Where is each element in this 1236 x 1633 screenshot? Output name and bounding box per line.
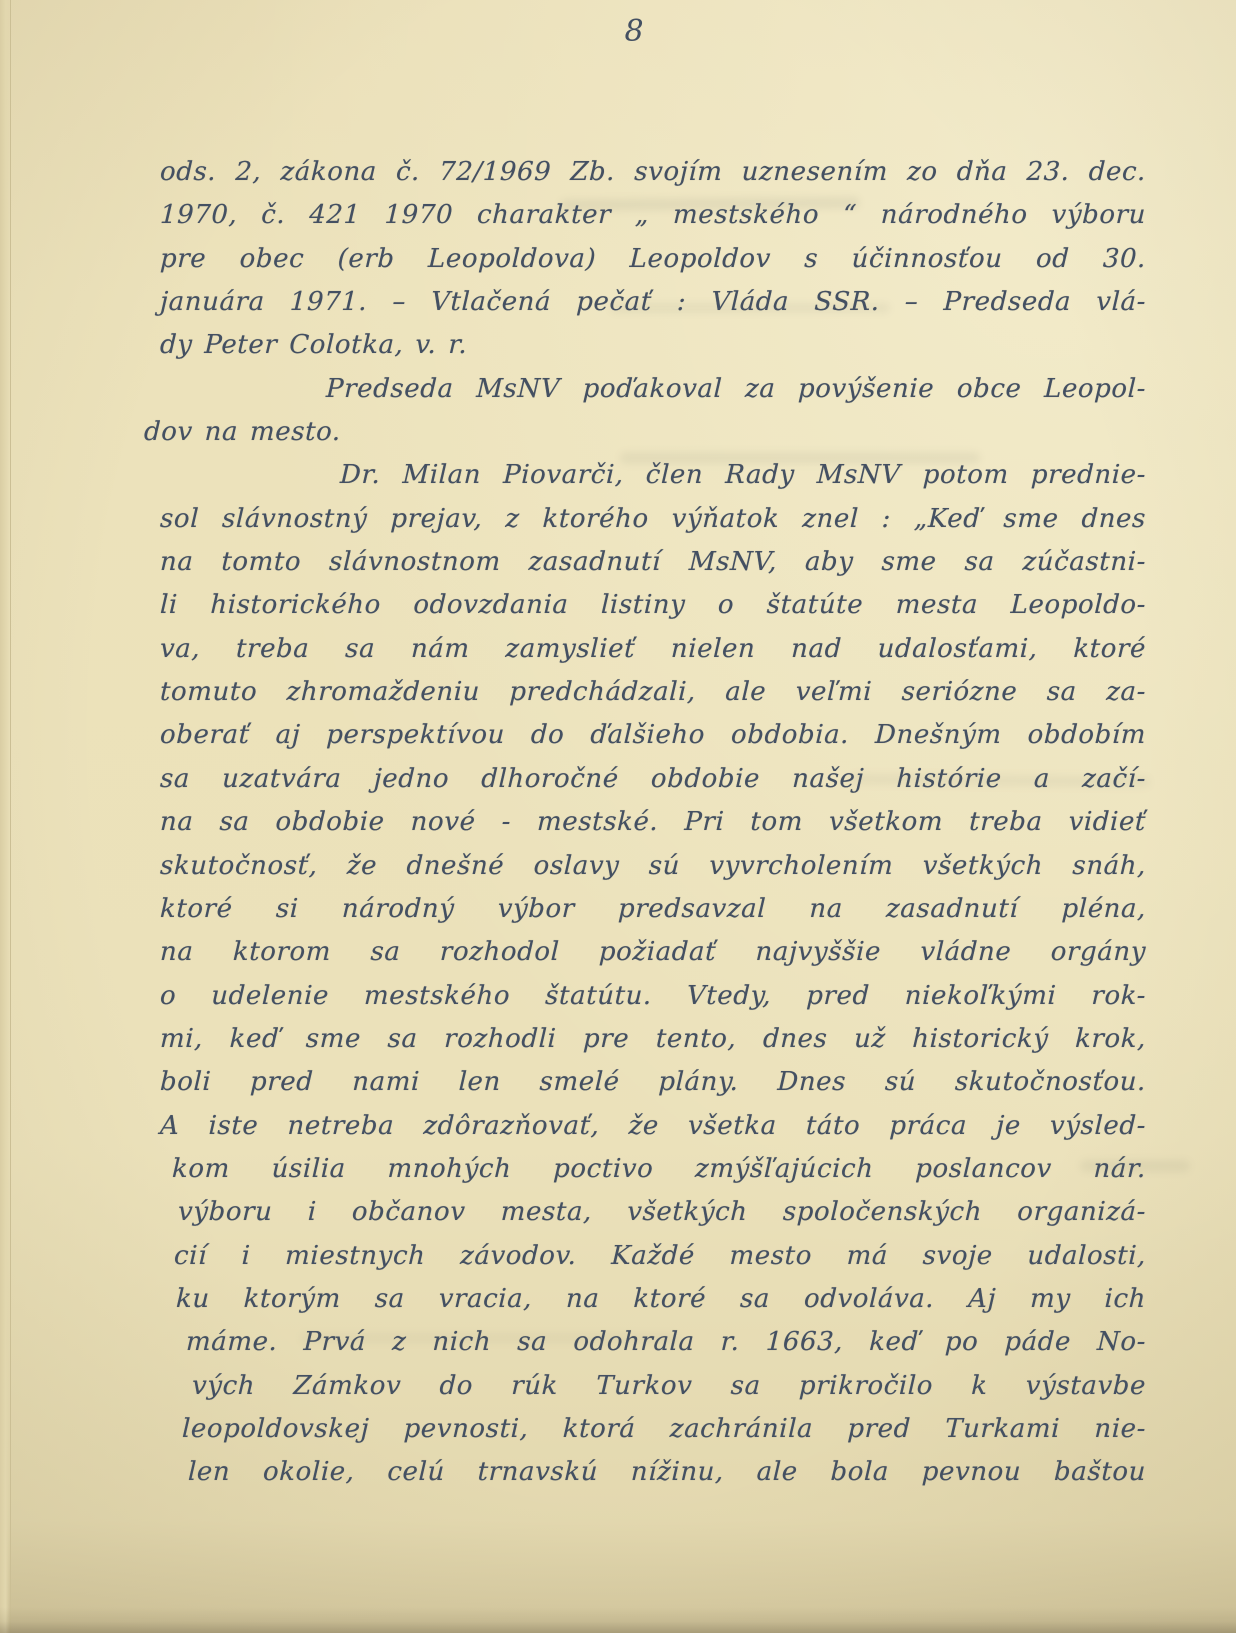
manuscript-line: Dr. Milan Piovarči, člen Rady MsNV potom… <box>159 454 1147 497</box>
manuscript-line: tomuto zhromaždeniu predchádzali, ale ve… <box>159 671 1147 714</box>
manuscript-line: leopoldovskej pevnosti, ktorá zachránila… <box>159 1408 1147 1451</box>
manuscript-line: li historického odovzdania listiny o šta… <box>159 584 1147 627</box>
manuscript-line: skutočnosť, že dnešné oslavy sú vyvrchol… <box>159 845 1147 888</box>
page-bottom-edge-shadow <box>0 1607 1236 1633</box>
manuscript-line: na tomto slávnostnom zasadnutí MsNV, aby… <box>159 541 1147 584</box>
manuscript-line: dov na mesto. <box>159 411 1147 454</box>
manuscript-line: len okolie, celú trnavskú nížinu, ale bo… <box>159 1451 1147 1494</box>
manuscript-line: ktoré si národný výbor predsavzal na zas… <box>159 888 1147 931</box>
manuscript-line: výboru i občanov mesta, všetkých spoloče… <box>159 1191 1147 1234</box>
manuscript-line: sa uzatvára jedno dlhoročné obdobie naše… <box>159 758 1147 801</box>
manuscript-page: 8 ods. 2, zákona č. 72/1969 Zb. svojím u… <box>0 0 1236 1633</box>
manuscript-line: kom úsilia mnohých poctivo zmýšľajúcich … <box>159 1148 1147 1191</box>
manuscript-line: boli pred nami len smelé plány. Dnes sú … <box>159 1061 1147 1104</box>
manuscript-line: A iste netreba zdôrazňovať, že všetka tá… <box>159 1105 1147 1148</box>
manuscript-line: na ktorom sa rozhodol požiadať najvyššie… <box>159 931 1147 974</box>
page-left-edge-shadow <box>0 0 11 1633</box>
manuscript-line: pre obec (erb Leopoldova) Leopoldov s úč… <box>159 238 1147 281</box>
manuscript-line: mi, keď sme sa rozhodli pre tento, dnes … <box>159 1018 1147 1061</box>
manuscript-line: januára 1971. – Vtlačená pečať : Vláda S… <box>159 281 1147 324</box>
manuscript-line: 1970, č. 421 1970 charakter „ mestského … <box>159 194 1147 237</box>
manuscript-line: ods. 2, zákona č. 72/1969 Zb. svojím uzn… <box>159 151 1147 194</box>
manuscript-text-block: ods. 2, zákona č. 72/1969 Zb. svojím uzn… <box>160 151 1146 1495</box>
manuscript-line: ku ktorým sa vracia, na ktoré sa odvoláv… <box>159 1278 1147 1321</box>
manuscript-line: dy Peter Colotka, v. r. <box>159 324 1147 367</box>
manuscript-line: oberať aj perspektívou do ďalšieho obdob… <box>159 714 1147 757</box>
manuscript-line: cií i miestnych závodov. Každé mesto má … <box>159 1235 1147 1278</box>
manuscript-line: na sa obdobie nové - mestské. Pri tom vš… <box>159 801 1147 844</box>
manuscript-line: máme. Prvá z nich sa odohrala r. 1663, k… <box>159 1321 1147 1364</box>
manuscript-line: vých Zámkov do rúk Turkov sa prikročilo … <box>159 1365 1147 1408</box>
manuscript-line: sol slávnostný prejav, z ktorého výňatok… <box>159 498 1147 541</box>
manuscript-line: Predseda MsNV poďakoval za povýšenie obc… <box>159 368 1147 411</box>
manuscript-line: va, treba sa nám zamyslieť nielen nad ud… <box>159 628 1147 671</box>
manuscript-line: o udelenie mestského štatútu. Vtedy, pre… <box>159 975 1147 1018</box>
page-number: 8 <box>604 14 664 49</box>
